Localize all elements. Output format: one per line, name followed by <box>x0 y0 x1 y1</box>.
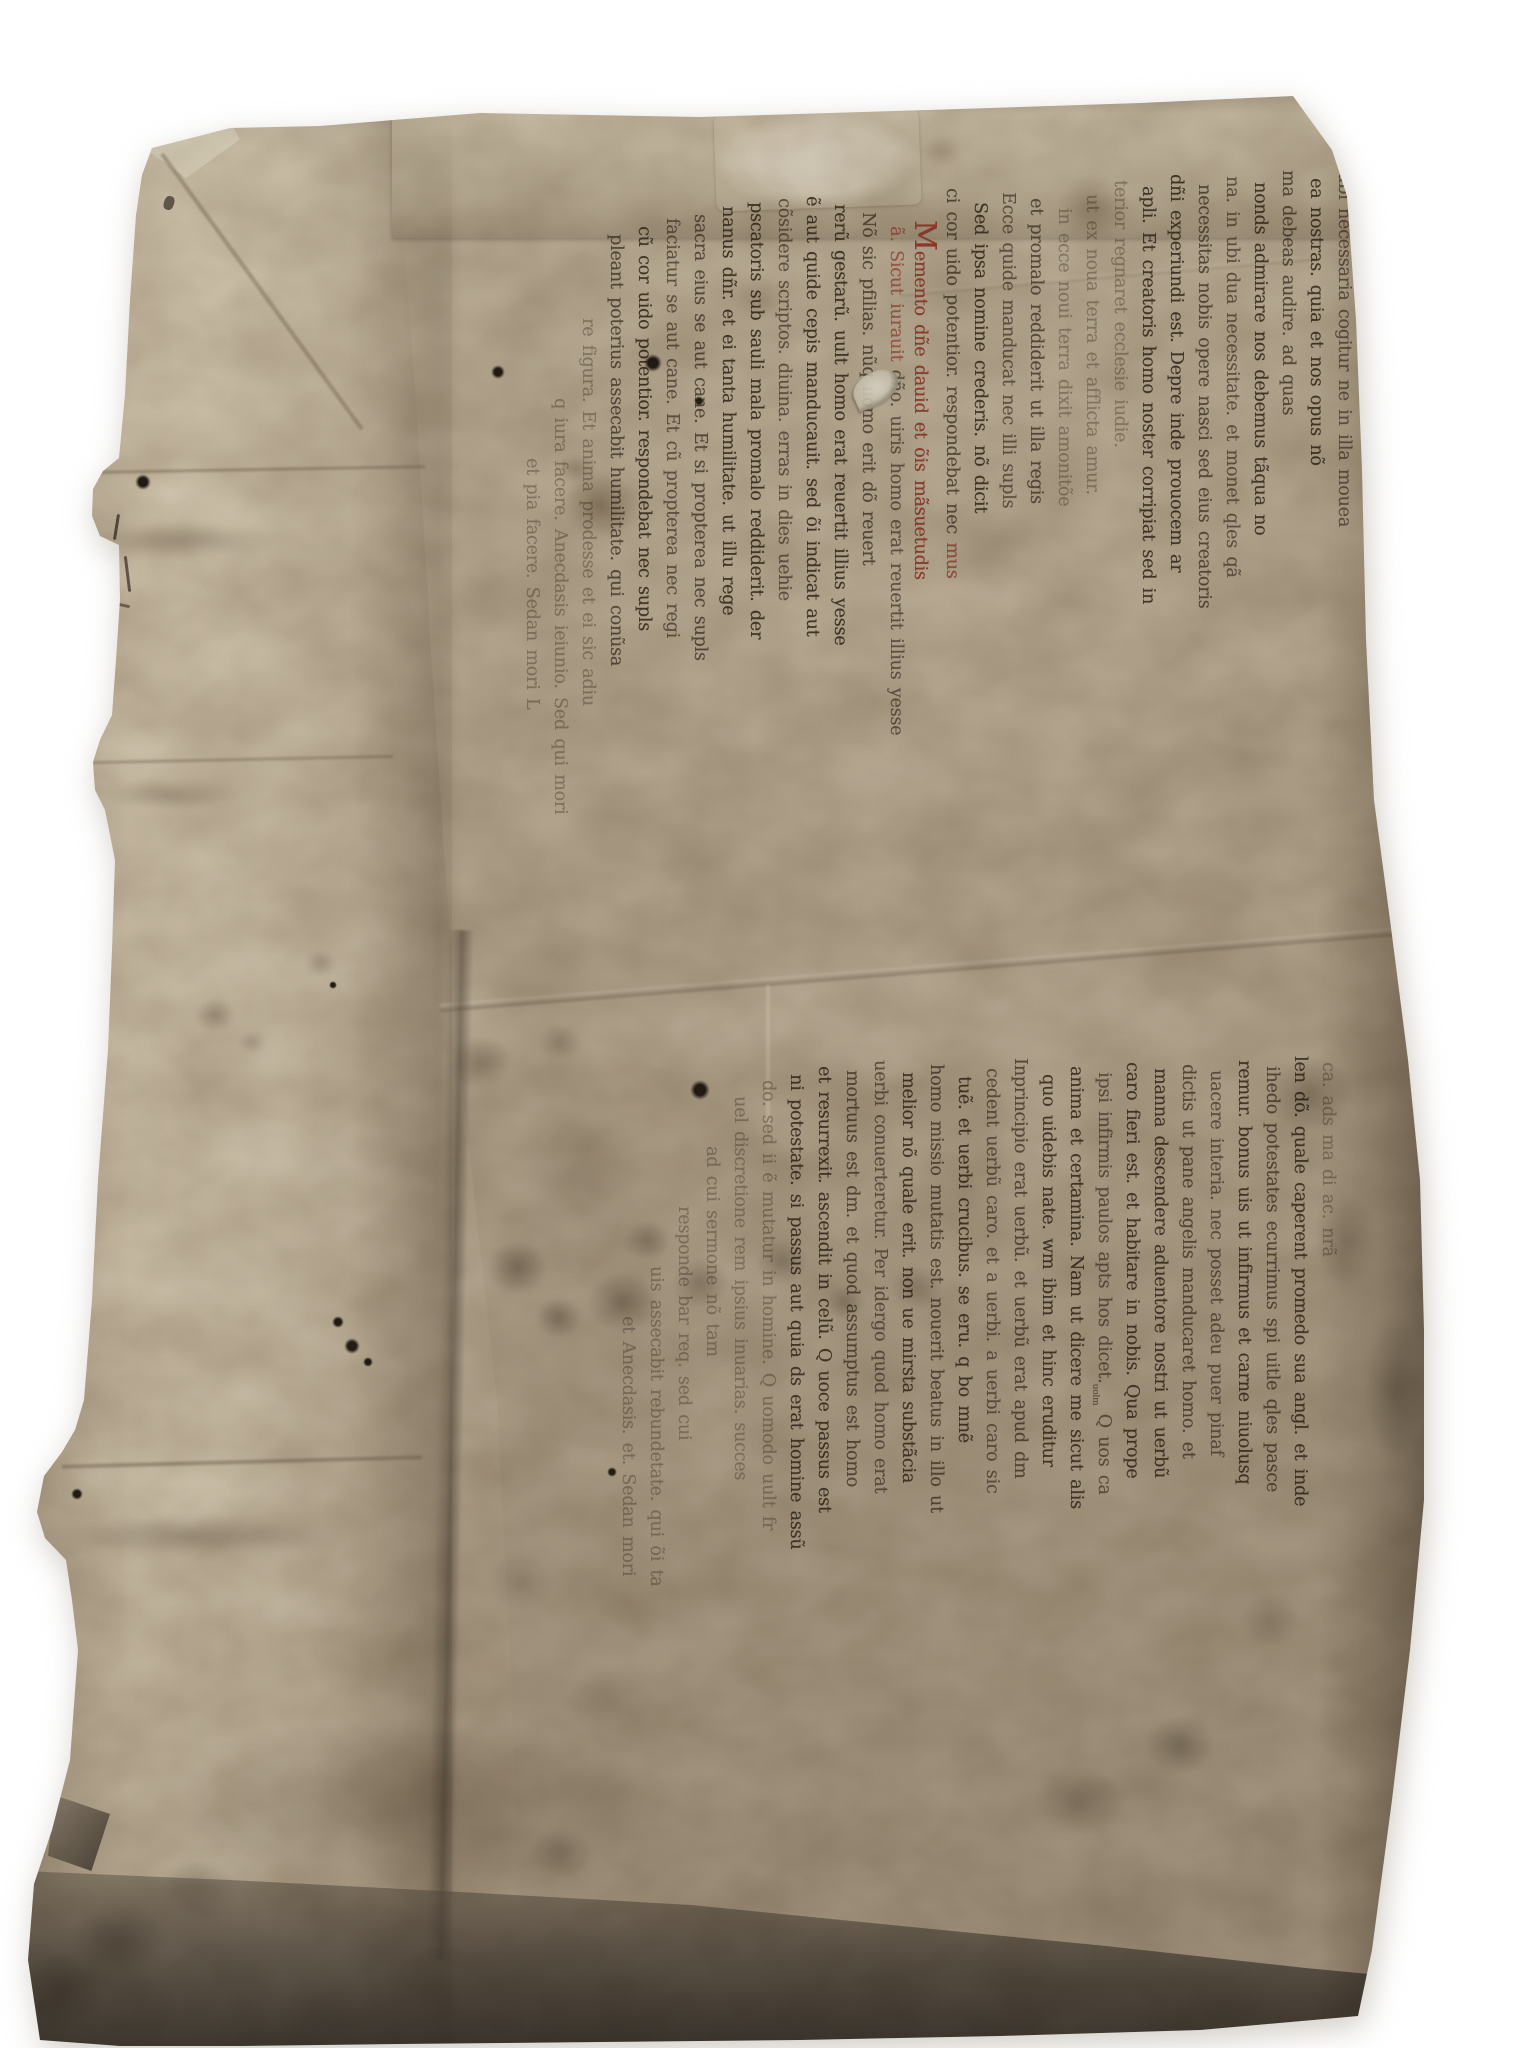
ink-blot <box>135 474 151 490</box>
ink-blot <box>690 1080 710 1100</box>
ink-blot <box>332 1316 344 1328</box>
ink-blot <box>363 1357 373 1367</box>
vellum-bound-book: ubi necessaria cogitur ne in illa moueae… <box>0 0 1536 2048</box>
top-edge-shading <box>130 92 1340 114</box>
ink-blot <box>329 981 337 989</box>
manuscript-photo: ubi necessaria cogitur ne in illa moueae… <box>0 0 1536 2048</box>
book-shadow-wrap: ubi necessaria cogitur ne in illa moueae… <box>0 0 1536 2048</box>
ink-blot <box>644 354 662 372</box>
ink-blot <box>694 396 704 406</box>
ink-blot <box>491 365 505 379</box>
ink-blot <box>344 1338 360 1354</box>
ink-blot <box>71 1488 83 1500</box>
ink-blot <box>607 1467 617 1477</box>
lower-left-shading <box>120 1720 680 1900</box>
right-edge-dark-band <box>1318 96 1430 2026</box>
